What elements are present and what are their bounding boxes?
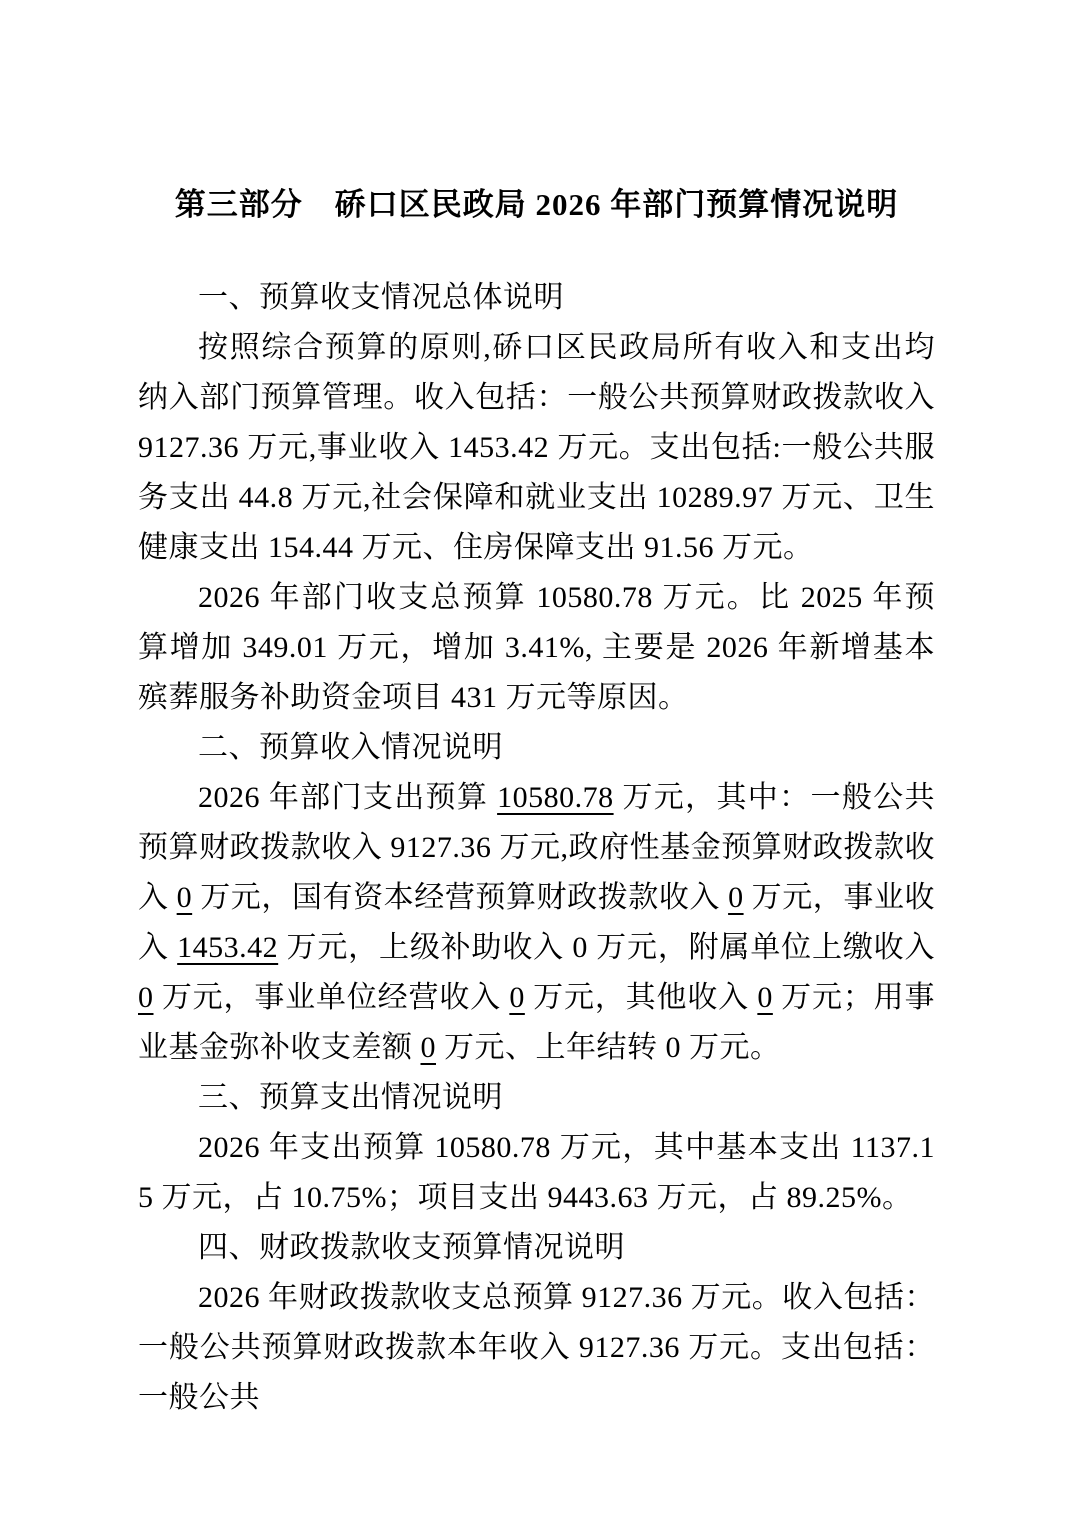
text-segment: 万元，其他收入 (525, 981, 758, 1014)
text-segment: 万元，国有资本经营预算财政拨款收入 (192, 881, 728, 914)
underlined-value: 0 (177, 881, 193, 914)
text-segment: 四、财政拨款收支预算情况说明 (198, 1231, 625, 1264)
text-segment: 2026 年部门支出预算 (198, 781, 497, 814)
section-2-heading: 二、预算收入情况说明 (138, 723, 935, 773)
text-segment: 2026 年支出预算 10580.78 万元，其中基本支出 1137.15 万元… (138, 1131, 935, 1214)
underlined-value: 1453.42 (177, 931, 278, 964)
underlined-value: 0 (757, 981, 773, 1014)
underlined-value: 0 (509, 981, 525, 1014)
text-segment: 2026 年部门收支总预算 10580.78 万元。比 2025 年预算增加 3… (138, 581, 935, 714)
section-1-heading: 一、预算收支情况总体说明 (138, 273, 935, 323)
para-overall-budget: 按照综合预算的原则,硚口区民政局所有收入和支出均纳入部门预算管理。收入包括：一般… (138, 323, 935, 573)
para-income-detail: 2026 年部门支出预算 10580.78 万元，其中：一般公共预算财政拨款收入… (138, 773, 935, 1073)
document-page: 第三部分 硚口区民政局 2026 年部门预算情况说明 一、预算收支情况总体说明按… (0, 0, 1074, 1520)
document-title: 第三部分 硚口区民政局 2026 年部门预算情况说明 (138, 183, 935, 227)
underlined-value: 0 (421, 1031, 437, 1064)
text-segment: 按照综合预算的原则,硚口区民政局所有收入和支出均纳入部门预算管理。收入包括：一般… (138, 331, 935, 564)
text-segment: 二、预算收入情况说明 (198, 731, 503, 764)
underlined-value: 0 (728, 881, 744, 914)
text-segment: 万元，上级补助收入 0 万元，附属单位上缴收入 (278, 931, 935, 964)
text-segment: 2026 年财政拨款收支总预算 9127.36 万元。收入包括：一般公共预算财政… (138, 1281, 935, 1414)
text-segment: 一、预算收支情况总体说明 (198, 281, 564, 314)
document-content: 第三部分 硚口区民政局 2026 年部门预算情况说明 一、预算收支情况总体说明按… (138, 183, 935, 1423)
paragraphs-container: 一、预算收支情况总体说明按照综合预算的原则,硚口区民政局所有收入和支出均纳入部门… (138, 273, 935, 1423)
text-segment: 万元、上年结转 0 万元。 (436, 1031, 781, 1064)
section-3-heading: 三、预算支出情况说明 (138, 1073, 935, 1123)
text-segment: 三、预算支出情况说明 (198, 1081, 503, 1114)
para-fiscal-appropriation: 2026 年财政拨款收支总预算 9127.36 万元。收入包括：一般公共预算财政… (138, 1273, 935, 1423)
text-segment: 万元，事业单位经营收入 (154, 981, 510, 1014)
underlined-value: 10580.78 (497, 781, 614, 814)
underlined-value: 0 (138, 981, 154, 1014)
para-total-change: 2026 年部门收支总预算 10580.78 万元。比 2025 年预算增加 3… (138, 573, 935, 723)
para-expenditure-detail: 2026 年支出预算 10580.78 万元，其中基本支出 1137.15 万元… (138, 1123, 935, 1223)
section-4-heading: 四、财政拨款收支预算情况说明 (138, 1223, 935, 1273)
